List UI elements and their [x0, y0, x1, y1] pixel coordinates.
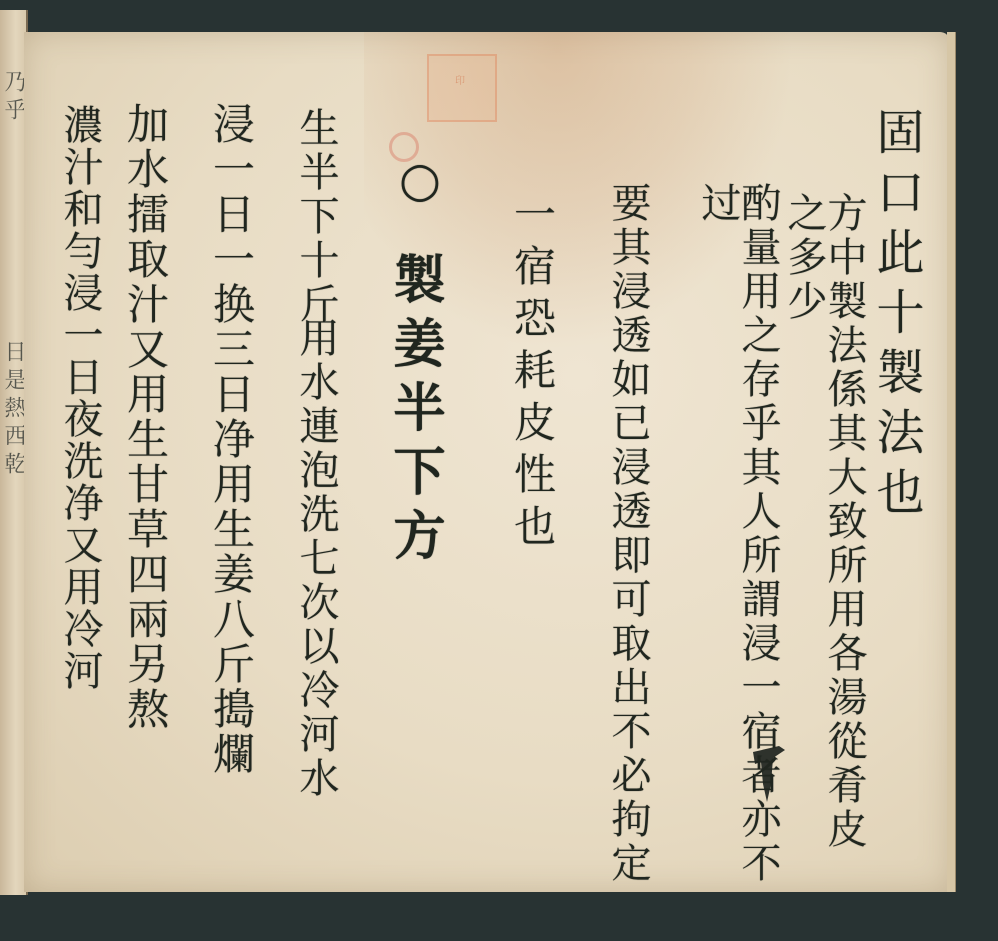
column-7a-ingredient: 生半下十斤 — [296, 107, 336, 327]
column-2-text: 方中製法係其大致所用各湯從肴皮之多少 — [784, 192, 864, 892]
column-10-instruction: 濃汁和勻浸一日夜洗净又用冷河 — [60, 104, 100, 692]
column-9-instruction: 加水擂取汁又用生甘草四兩另熬 — [124, 102, 166, 732]
column-4-text: 要其浸透如已浸透即可取出不必拘定 — [608, 182, 648, 886]
column-3-text: 酌量用之存乎其人所謂浸一宿者亦不过 — [698, 182, 778, 892]
column-5-text: 一宿恐耗皮性也 — [511, 192, 553, 556]
seal-label: 印 — [427, 72, 493, 87]
left-page-fragment-bottom: 日是熱西乾 — [2, 340, 24, 480]
section-title-recipe: 製姜半下方 — [388, 252, 440, 572]
column-1-heading-note: 固口此十製法也 — [872, 107, 920, 527]
left-page-fragment-top: 乃乎 — [2, 70, 24, 126]
column-7b-instruction: 用水連泡洗七次以冷河水 — [296, 317, 336, 801]
manuscript-page: 印 固口此十製法也 方中製法係其大致所用各湯從肴皮之多少 酌量用之存乎其人所謂浸… — [24, 32, 950, 892]
column-8-instruction: 浸一日一换三日净用生姜八斤搗爛 — [210, 102, 252, 777]
section-circle-mark: ○ — [396, 152, 444, 208]
library-seal-stamp — [427, 54, 497, 122]
